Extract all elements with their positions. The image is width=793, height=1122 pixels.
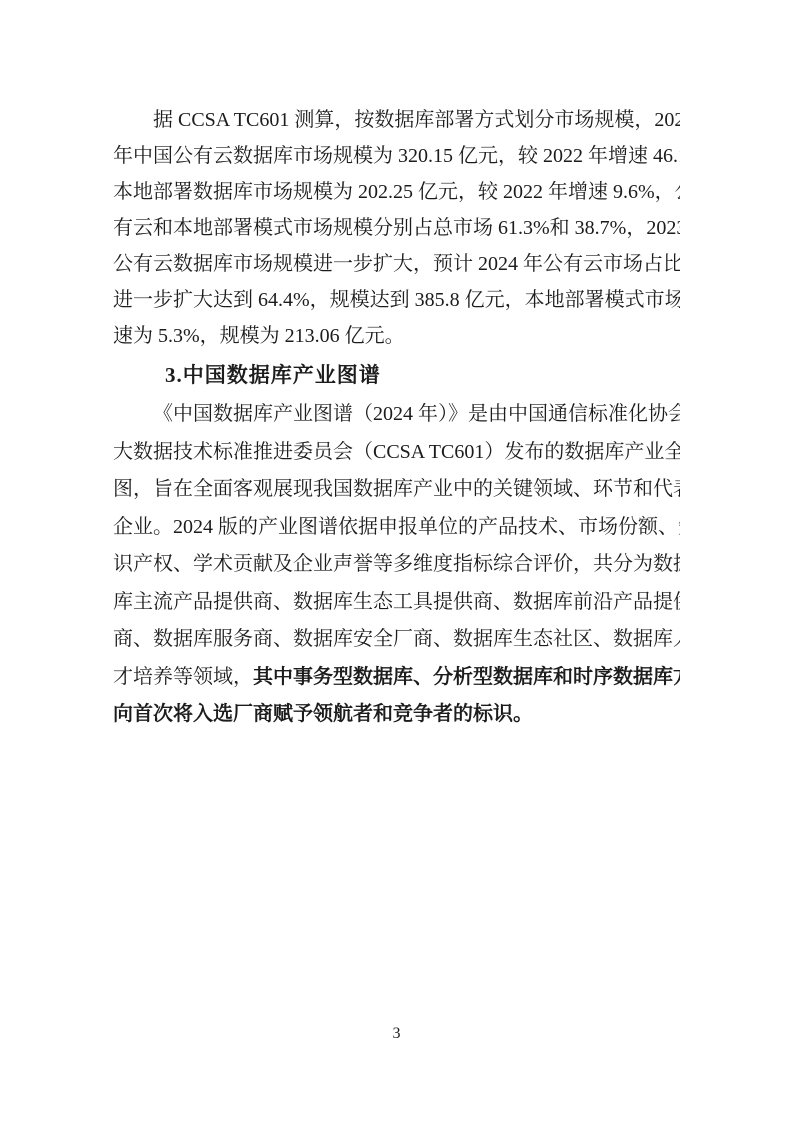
document-body: 据 CCSA TC601 测算，按数据库部署方式划分市场规模，2023 年中国公…	[113, 102, 680, 734]
document-page: 据 CCSA TC601 测算，按数据库部署方式划分市场规模，2023 年中国公…	[0, 0, 793, 1122]
para2-line-9-bold-text: 向首次将入选厂商赋予领航者和竞争者的标识。	[113, 703, 533, 725]
para2-line-7: 商、数据库服务商、数据库安全厂商、数据库生态社区、数据库人	[113, 621, 680, 659]
para1-line-4: 有云和本地部署模式市场规模分别占总市场 61.3%和 38.7%，2023 年	[113, 210, 680, 246]
para1-line-3: 本地部署数据库市场规模为 202.25 亿元，较 2022 年增速 9.6%，公	[113, 174, 680, 210]
para2-line-8: 才培养等领域，其中事务型数据库、分析型数据库和时序数据库方	[113, 659, 680, 697]
para2-line-1: 《中国数据库产业图谱（2024 年）》是由中国通信标准化协会	[113, 396, 680, 434]
para2-line-6: 库主流产品提供商、数据库生态工具提供商、数据库前沿产品提供	[113, 584, 680, 622]
para2-line-8-regular-text: 才培养等领域，	[113, 666, 253, 688]
para2-line-5: 识产权、学术贡献及企业声誉等多维度指标综合评价，共分为数据	[113, 546, 680, 584]
para2-line-4: 企业。2024 版的产业图谱依据申报单位的产品技术、市场份额、知	[113, 509, 680, 547]
para2-line-9: 向首次将入选厂商赋予领航者和竞争者的标识。	[113, 696, 680, 734]
para1-line-6: 进一步扩大达到 64.4%，规模达到 385.8 亿元，本地部署模式市场增	[113, 282, 680, 318]
para1-line-7: 速为 5.3%，规模为 213.06 亿元。	[113, 318, 680, 354]
para1-line-1: 据 CCSA TC601 测算，按数据库部署方式划分市场规模，2023	[113, 102, 680, 138]
para1-line-5: 公有云数据库市场规模进一步扩大，预计 2024 年公有云市场占比将	[113, 246, 680, 282]
para2-line-3: 图，旨在全面客观展现我国数据库产业中的关键领域、环节和代表	[113, 471, 680, 509]
page-number: 3	[393, 1025, 401, 1042]
section-heading: 3.中国数据库产业图谱	[113, 354, 680, 396]
page-footer: 3	[0, 1022, 793, 1046]
para2-line-2: 大数据技术标准推进委员会（CCSA TC601）发布的数据库产业全景	[113, 434, 680, 472]
para1-line-2: 年中国公有云数据库市场规模为 320.15 亿元，较 2022 年增速 46.1…	[113, 138, 680, 174]
para2-line-8-bold-text: 其中事务型数据库、分析型数据库和时序数据库方	[253, 666, 680, 688]
